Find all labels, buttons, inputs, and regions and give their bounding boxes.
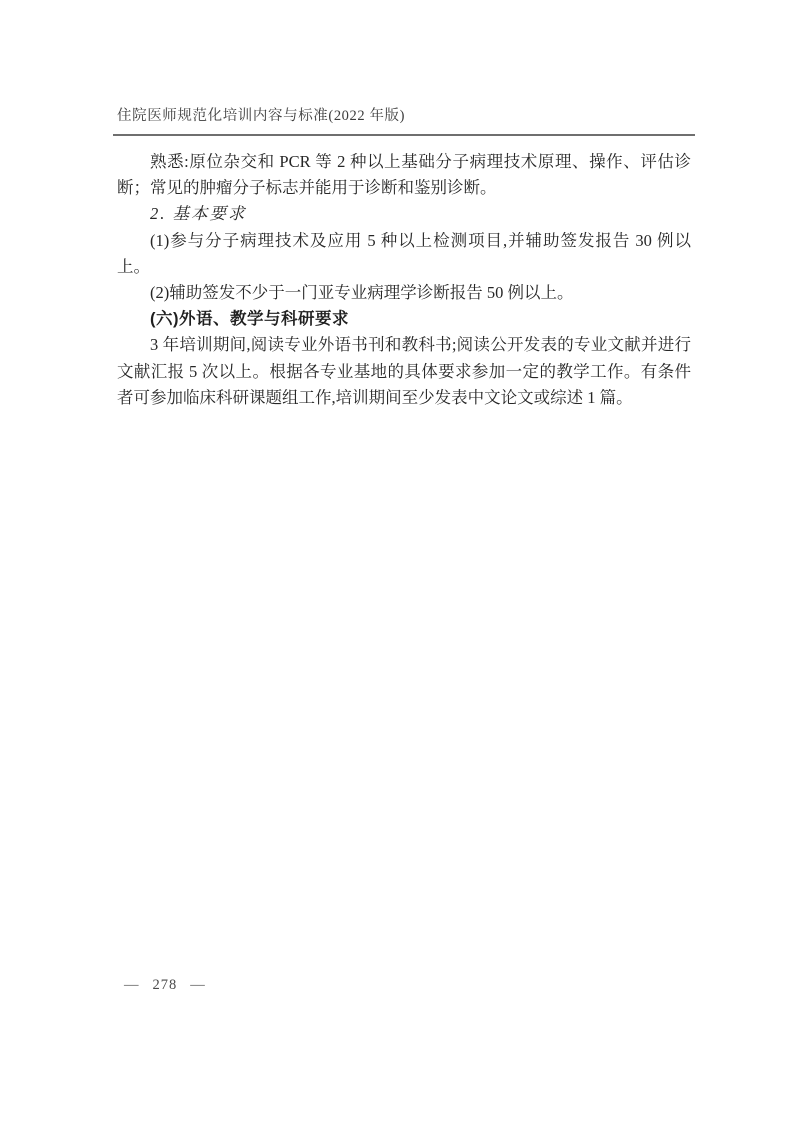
page-number: 278 bbox=[153, 977, 178, 994]
paragraph-familiar-requirements: 熟悉:原位杂交和 PCR 等 2 种以上基础分子病理技术原理、操作、评估诊断；常… bbox=[117, 149, 691, 201]
running-header: 住院医师规范化培训内容与标准(2022 年版) bbox=[117, 107, 695, 136]
footer-left-dash: — bbox=[124, 977, 140, 994]
document-page: 住院医师规范化培训内容与标准(2022 年版) 熟悉:原位杂交和 PCR 等 2… bbox=[0, 0, 800, 1131]
page-body: 熟悉:原位杂交和 PCR 等 2 种以上基础分子病理技术原理、操作、评估诊断；常… bbox=[117, 149, 691, 411]
paragraph-training-period: 3 年培训期间,阅读专业外语书刊和教科书;阅读公开发表的专业文献并进行文献汇报 … bbox=[117, 332, 691, 411]
subheading-basic-requirements: 2. 基本要求 bbox=[117, 201, 691, 227]
header-title: 住院医师规范化培训内容与标准(2022 年版) bbox=[117, 107, 695, 125]
paragraph-item-1: (1)参与分子病理技术及应用 5 种以上检测项目,并辅助签发报告 30 例以上。 bbox=[117, 228, 691, 280]
page-footer: —278— bbox=[124, 977, 206, 994]
header-rule bbox=[113, 134, 695, 136]
section-heading-six: (六)外语、教学与科研要求 bbox=[117, 306, 691, 332]
footer-right-dash: — bbox=[190, 977, 206, 994]
paragraph-item-2: (2)辅助签发不少于一门亚专业病理学诊断报告 50 例以上。 bbox=[117, 280, 691, 306]
